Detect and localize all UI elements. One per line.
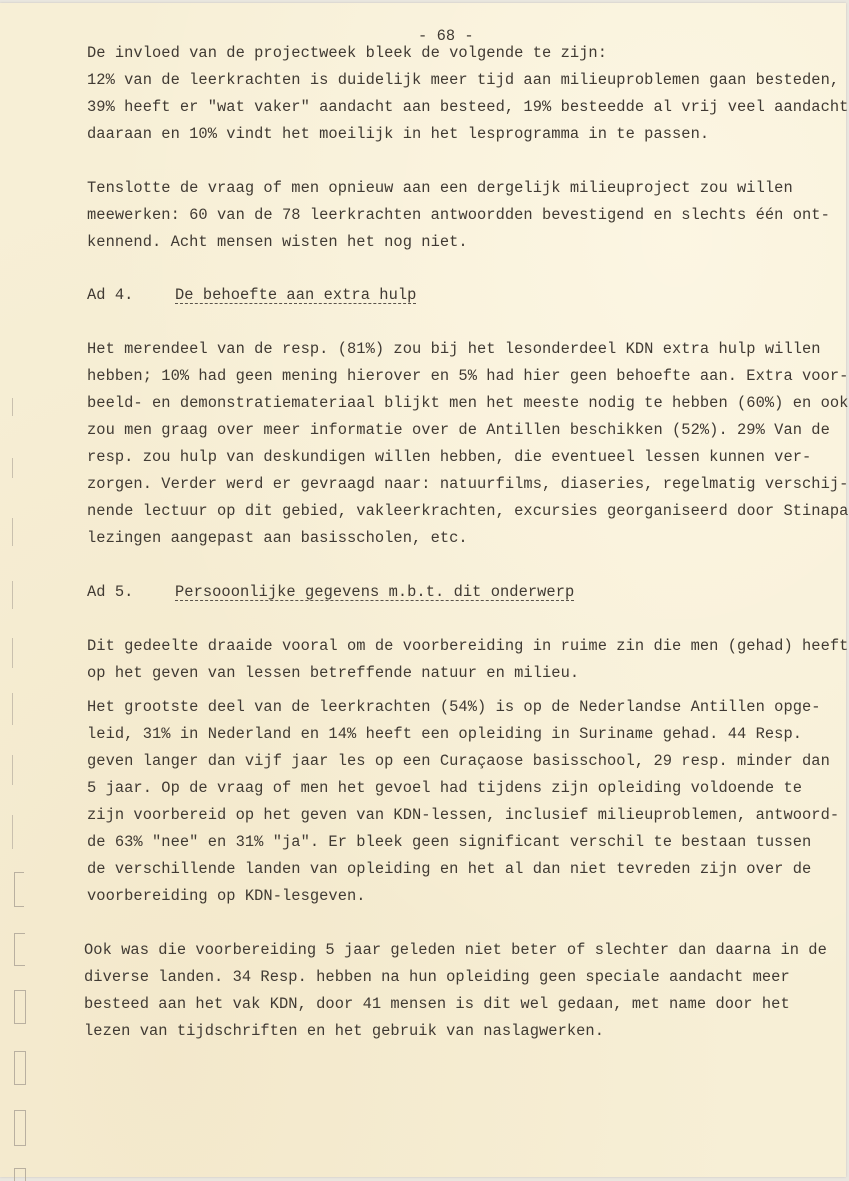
margin-mark [12,638,13,668]
margin-mark [12,581,13,609]
section-label: Ad 4. [87,288,133,303]
paragraph-line: Ook was die voorbereiding 5 jaar geleden… [84,943,827,958]
paragraph-line: resp. zou hulp van deskundigen willen he… [87,450,811,465]
margin-mark [12,693,13,725]
paragraph-line: hebben; 10% had geen mening hierover en … [87,369,848,384]
paragraph-line: meewerken: 60 van de 78 leerkrachten ant… [87,208,830,223]
margin-mark [14,1051,26,1085]
margin-mark [12,815,13,849]
paragraph-line: zorgen. Verder werd er gevraagd naar: na… [87,477,848,492]
paragraph-line: nende lectuur op dit gebied, vakleerkrac… [87,504,849,519]
paragraph-line: Dit gedeelte draaide vooral om de voorbe… [87,639,848,654]
margin-mark [14,1168,26,1181]
margin-mark [14,1110,26,1146]
paragraph-line: geven langer dan vijf jaar les op een Cu… [87,754,830,769]
margin-mark [14,990,26,1024]
paragraph-line: 12% van de leerkrachten is duidelijk mee… [87,73,839,88]
paragraph-line: Tenslotte de vraag of men opnieuw aan ee… [87,181,793,196]
section-title: Persooonlijke gegevens m.b.t. dit onderw… [175,585,574,600]
paragraph-line: leid, 31% in Nederland en 14% heeft een … [87,727,802,742]
margin-mark [14,872,24,907]
paragraph-line: zou men graag over meer informatie over … [87,423,830,438]
paragraph-line: Het grootste deel van de leerkrachten (5… [87,700,821,715]
paragraph-line: de verschillende landen van opleiding en… [87,862,811,877]
paragraph-line: lezingen aangepast aan basisscholen, etc… [87,531,468,546]
margin-mark [12,755,13,785]
page-number: - 68 - [418,29,474,44]
margin-mark [14,933,25,966]
paragraph-line: Het merendeel van de resp. (81%) zou bij… [87,342,821,357]
paragraph-line: beeld- en demonstratiemateriaal blijkt m… [87,396,848,411]
paragraph-line: 39% heeft er "wat vaker" aandacht aan be… [87,100,848,115]
paragraph-line: lezen van tijdschriften en het gebruik v… [84,1024,604,1039]
section-label: Ad 5. [87,585,133,600]
section-title: De behoefte aan extra hulp [175,288,416,303]
paragraph-line: 5 jaar. Op de vraag of men het gevoel ha… [87,781,802,796]
paragraph-line: op het geven van lessen betreffende natu… [87,666,579,681]
margin-mark [12,518,13,546]
margin-mark [12,458,13,478]
paragraph-line: daaraan en 10% vindt het moeilijk in het… [87,127,709,142]
margin-mark [12,398,13,416]
paragraph-line: kennend. Acht mensen wisten het nog niet… [87,235,468,250]
paragraph-line: de 63% "nee" en 31% "ja". Er bleek geen … [87,835,811,850]
paragraph-line: diverse landen. 34 Resp. hebben na hun o… [84,970,790,985]
paragraph-line: voorbereiding op KDN-lesgeven. [87,889,366,904]
paragraph-line: De invloed van de projectweek bleek de v… [87,46,607,61]
paragraph-line: zijn voorbereid op het geven van KDN-les… [87,808,839,823]
paragraph-line: besteed aan het vak KDN, door 41 mensen … [84,997,790,1012]
document-page: - 68 - De invloed van de projectweek ble… [0,3,846,1177]
